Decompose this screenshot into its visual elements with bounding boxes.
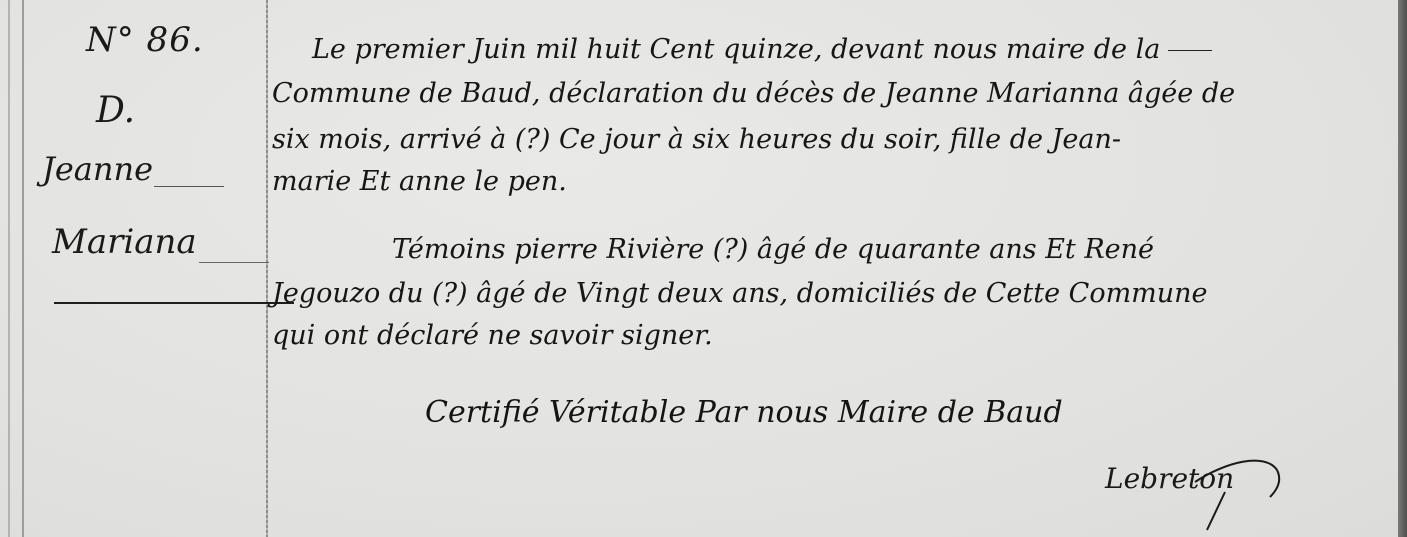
record-line-1: Le premier Juin mil huit Cent quinze, de… (272, 36, 1212, 63)
page-edge-shadow (1398, 0, 1407, 537)
record-line-4: marie Et anne le pen. (272, 168, 567, 195)
record-type-mark: D. (96, 90, 135, 131)
margin-rule-outer (8, 0, 10, 537)
record-line-1-text: Le premier Juin mil huit Cent quinze, de… (312, 34, 1160, 65)
entry-number: N° 86. (86, 20, 204, 60)
name-underline-2 (199, 262, 269, 263)
record-line-3: six mois, arrivé à (?) Ce jour à six heu… (272, 126, 1121, 153)
register-page: N° 86. D. Jeanne Mariana Le premier Juin… (0, 0, 1407, 537)
margin-separator-rule (54, 302, 294, 304)
deceased-given-name-2: Mariana (52, 222, 197, 262)
record-line-6: Jegouzo du (?) âgé de Vingt deux ans, do… (272, 280, 1208, 307)
record-line-5-text: Témoins pierre Rivière (?) âgé de quaran… (392, 234, 1154, 265)
signature-flourish (1185, 452, 1285, 532)
record-line-7: qui ont déclaré ne savoir signer. (272, 322, 713, 349)
record-line-2: Commune de Baud, déclaration du décès de… (272, 80, 1235, 107)
margin-column: N° 86. D. Jeanne Mariana (24, 0, 264, 537)
line-fill-dash (1168, 50, 1212, 51)
record-line-5: Témoins pierre Rivière (?) âgé de quaran… (272, 236, 1154, 263)
margin-rule-text-column (266, 0, 268, 537)
name-underline-1 (154, 186, 224, 187)
deceased-given-name-1: Jeanne (42, 150, 153, 188)
attestation-line: Certifié Véritable Par nous Maire de Bau… (425, 395, 1063, 430)
